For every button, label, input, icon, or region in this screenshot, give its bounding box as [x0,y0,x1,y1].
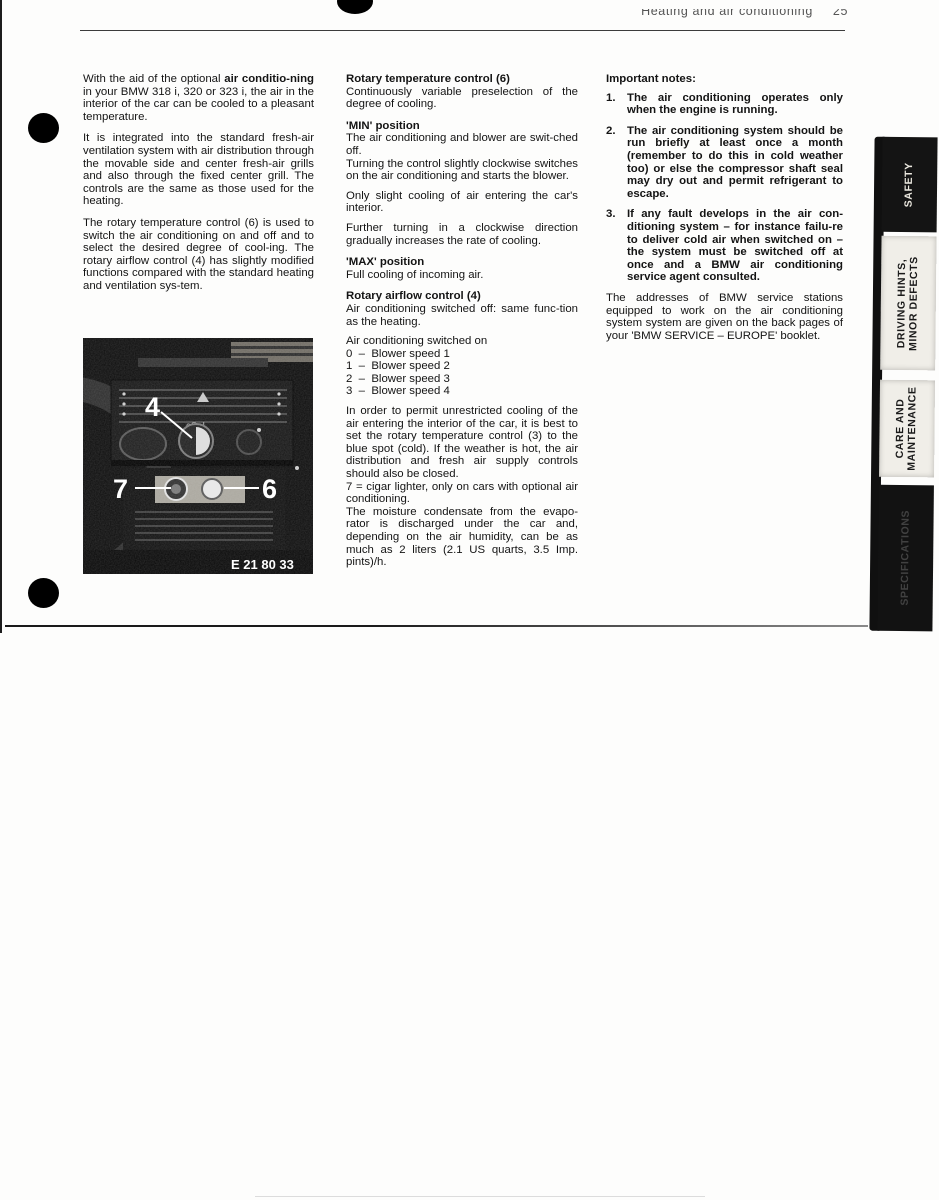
column-important-notes: Important notes: 1. The air conditioning… [606,73,843,342]
note-number: 2. [606,125,627,201]
para-min-1: The air conditioning and blower are swit… [346,132,578,157]
dashboard-photo: oOo! 4 7 6 E [83,338,313,574]
tab-driving-line-2: MINOR DEFECTS [908,256,920,351]
note-text: The air conditioning operates only when … [627,92,843,117]
para-airflow-on: Air conditioning switched on [346,335,578,348]
para-cigar-lighter: 7 = cigar lighter, only on cars with opt… [346,481,578,506]
blower-speed-0: 0 – Blower speed 1 [346,348,578,361]
column-controls: Rotary temperature control (6) Continuou… [346,73,578,569]
photo-code: E 21 80 33 [231,557,294,572]
tab-safety-label: SAFETY [904,162,916,207]
page-bottom-rule [5,625,868,627]
tab-specs-label: SPECIFICATIONS [899,510,912,606]
heading-max-position: 'MAX' position [346,256,578,269]
photo-grain [83,338,313,574]
header-title: Heating and air conditioning [641,9,813,17]
note-number: 1. [606,92,627,117]
running-header: Heating and air conditioning 25 [598,9,848,22]
intro-p1-pre: With the aid of the optional [83,73,224,85]
note-number: 3. [606,208,627,284]
tab-safety: SAFETY [882,137,938,233]
blower-speed-2: 2 – Blower speed 3 [346,373,578,386]
photo-label-7: 7 [113,474,128,504]
thumb-index-strip: SAFETY DRIVING HINTS, MINOR DEFECTS CARE… [869,137,937,632]
intro-p1-bold: air conditio-ning [224,73,314,85]
hole-punch-top [28,113,59,143]
para-slight-cooling: Only slight cooling of air entering the … [346,190,578,215]
para-unrestricted-cooling: In order to permit unrestricted cooling … [346,405,578,481]
photo-label-6: 6 [262,474,277,504]
tab-care-and-maintenance: CARE AND MAINTENANCE [879,380,935,478]
scan-edge-line [0,0,2,633]
intro-paragraph-3: The rotary temperature control (6) is us… [83,217,314,293]
blower-speed-3: 3 – Blower speed 4 [346,385,578,398]
scan-ink-blob [337,0,373,14]
blower-speed-1: 1 – Blower speed 2 [346,360,578,373]
tab-care-label: CARE AND MAINTENANCE [895,386,919,470]
heading-rotary-temperature: Rotary temperature control (6) [346,73,578,86]
para-service-addresses: The addresses of BMW service stations eq… [606,292,843,342]
photo-label-4: 4 [145,392,160,422]
intro-paragraph-2: It is integrated into the standard fresh… [83,132,314,208]
para-airflow-off: Air conditioning switched off: same func… [346,303,578,328]
note-item-2: 2. The air conditioning system should be… [606,125,843,201]
manual-page: Heating and air conditioning 25 With the… [0,0,939,1200]
para-condensate: The moisture condensate from the evapo-r… [346,506,578,569]
tab-driving-hints-minor-defects: DRIVING HINTS, MINOR DEFECTS [880,236,936,371]
intro-p1-post: in your BMW 318 i, 320 or 323 i, the air… [83,86,314,123]
tab-care-line-2: MAINTENANCE [907,386,919,470]
para-min-2: Turning the control slightly clockwise s… [346,158,578,183]
header-rule [80,30,845,31]
column-intro: With the aid of the optional air conditi… [83,73,314,302]
heading-rotary-airflow: Rotary airflow control (4) [346,290,578,303]
intro-paragraph-1: With the aid of the optional air conditi… [83,73,314,123]
note-text: The air conditioning system should be ru… [627,125,843,201]
para-max: Full cooling of incoming air. [346,269,578,282]
heading-important-notes: Important notes: [606,73,843,86]
note-item-1: 1. The air conditioning operates only wh… [606,92,843,117]
para-rotary-temperature: Continuously variable preselection of th… [346,86,578,111]
hole-punch-bottom [28,578,59,608]
tab-specifications: SPECIFICATIONS [877,485,934,632]
scan-faint-line [255,1196,705,1197]
para-further-turning: Further turning in a clockwise direction… [346,222,578,247]
tab-driving-label: DRIVING HINTS, MINOR DEFECTS [896,256,920,351]
note-item-3: 3. If any fault develops in the air con-… [606,208,843,284]
note-text: If any fault develops in the air con-dit… [627,208,843,284]
heading-min-position: 'MIN' position [346,120,578,133]
page-number: 25 [833,9,848,17]
